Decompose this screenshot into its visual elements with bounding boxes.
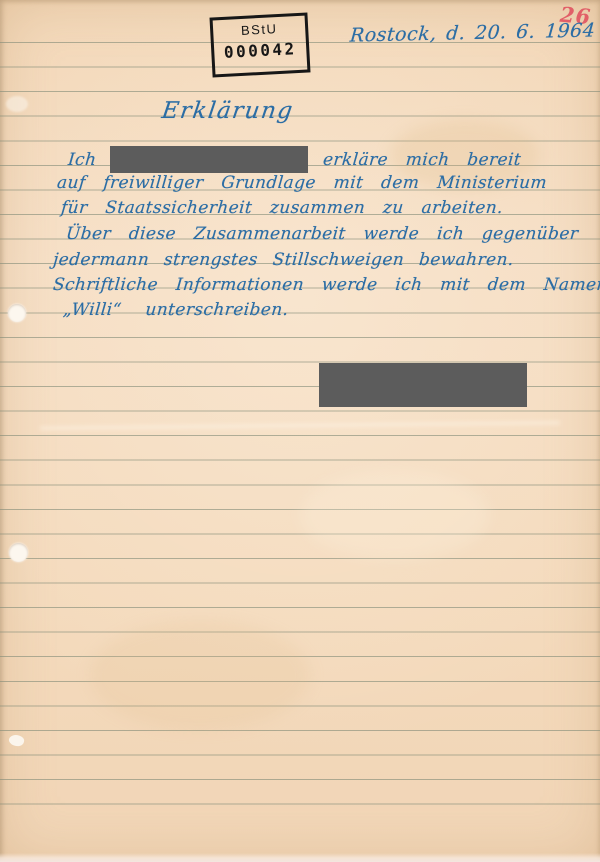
bstu-archive-stamp: BStU 000042 xyxy=(209,12,310,77)
body-line-3-text: für Staatssicherheit zusammen zu arbeite… xyxy=(60,198,504,218)
body-line-7-text: „Willi“ unterschreiben. xyxy=(62,300,289,320)
paper-stain xyxy=(90,620,310,730)
document-title: Erklärung xyxy=(160,98,295,124)
body-line-6: Schriftliche Informationen werde ich mit… xyxy=(0,275,600,295)
body-line-1-pre: Ich xyxy=(67,150,97,170)
body-line-3: für Staatssicherheit zusammen zu arbeite… xyxy=(0,198,600,218)
name-redaction-box xyxy=(110,146,308,173)
body-line-1-post: erkläre mich bereit xyxy=(323,150,523,170)
body-line-2: auf freiwilliger Grundlage mit dem Minis… xyxy=(0,173,600,193)
body-line-5: jedermann strengstes Stillschweigen bewa… xyxy=(0,250,600,270)
punch-hole-bottom xyxy=(9,543,28,562)
paper-stain xyxy=(300,470,490,560)
scan-bottom-edge xyxy=(0,853,600,862)
paper-worn-spot xyxy=(6,96,28,112)
body-line-1: Ich erkläre mich bereit xyxy=(0,146,600,173)
document-page: BStU 000042 26 Rostock, d. 20. 6. 1964 E… xyxy=(0,0,600,862)
body-line-4: Über diese Zusammenarbeit werde ich gege… xyxy=(0,224,600,244)
body-line-5-text: jedermann strengstes Stillschweigen bewa… xyxy=(52,250,514,270)
stamp-page-number: 000042 xyxy=(214,39,307,63)
body-line-6-text: Schriftliche Informationen werde ich mit… xyxy=(52,275,600,295)
signature-redaction-box xyxy=(319,363,527,407)
body-line-7: „Willi“ unterschreiben. xyxy=(0,300,600,320)
stamp-agency-label: BStU xyxy=(213,20,306,40)
body-line-2-text: auf freiwilliger Grundlage mit dem Minis… xyxy=(56,173,548,193)
body-line-4-text: Über diese Zusammenarbeit werde ich gege… xyxy=(65,224,579,244)
